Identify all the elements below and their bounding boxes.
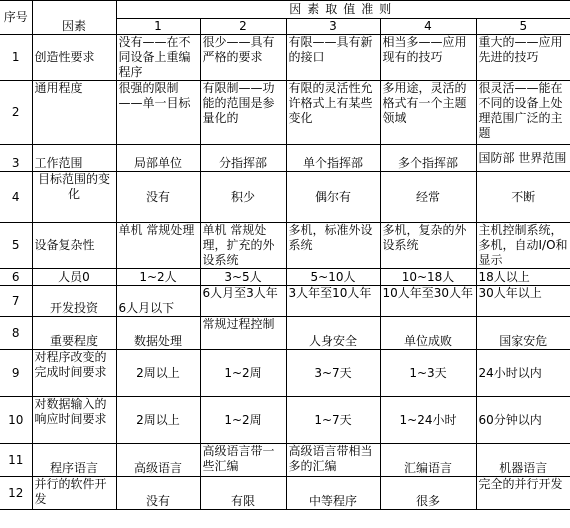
cell-level-5: 国家安危 — [476, 317, 570, 350]
cell-level-5: 不断 — [476, 172, 570, 223]
row-index: 12 — [0, 477, 32, 510]
header-level-2: 2 — [200, 19, 286, 35]
cell-level-2: 1~2周 — [200, 397, 286, 444]
table-row: 3 工作范围 局部单位 分指挥部 单个指挥部 多个指挥部 国防部 世界范围 — [0, 145, 570, 172]
cell-level-4: 单位成败 — [380, 317, 476, 350]
row-factor: 目标范围的变化 — [32, 172, 116, 223]
cell-level-5: 30人年以上 — [476, 286, 570, 317]
cell-level-4: 经常 — [380, 172, 476, 223]
cell-level-1: 局部单位 — [116, 145, 200, 172]
cell-level-3: 有限的灵活性允许格式上有某些变化 — [286, 81, 380, 145]
row-factor: 对数据输入的响应时间要求 — [32, 397, 116, 444]
row-factor: 并行的软件开发 — [32, 477, 116, 510]
table-row: 5 设备复杂性 单机 常规处理 单机 常规处理，扩充的外设系统 多机，标准外设系… — [0, 223, 570, 269]
row-factor: 通用程度 — [32, 81, 116, 145]
table-row: 8 重要程度 数据处理 常规过程控制 人身安全 单位成败 国家安危 — [0, 317, 570, 350]
header-criteria-group: 因素取值准则 — [116, 1, 570, 19]
cell-level-4: 多个指挥部 — [380, 145, 476, 172]
cell-level-2: 1~2周 — [200, 350, 286, 397]
table-row: 4 目标范围的变化 没有 积少 偶尔有 经常 不断 — [0, 172, 570, 223]
table-row: 6 人员0 1~2人 3~5人 5~10人 10~18人 18人以上 — [0, 269, 570, 286]
cell-level-3: 单个指挥部 — [286, 145, 380, 172]
cell-level-2: 分指挥部 — [200, 145, 286, 172]
row-index: 1 — [0, 35, 32, 81]
row-factor: 对程序改变的完成时间要求 — [32, 350, 116, 397]
cell-level-1: 高级语言 — [116, 444, 200, 477]
cell-level-4: 很多 — [380, 477, 476, 510]
cell-level-4: 1~3天 — [380, 350, 476, 397]
table-row: 12 并行的软件开发 没有 有限 中等程序 很多 完全的并行开发 — [0, 477, 570, 510]
cell-level-2: 高级语言带一些汇编 — [200, 444, 286, 477]
row-index: 2 — [0, 81, 32, 145]
cell-level-5: 完全的并行开发 — [476, 477, 570, 510]
table-row: 7 开发投资 6人月以下 6人月至3人年 3人年至10人年 10人年至30人年 … — [0, 286, 570, 317]
cell-level-4: 多用途，灵活的格式有一个主题领域 — [380, 81, 476, 145]
cell-level-1: 2周以上 — [116, 397, 200, 444]
row-index: 10 — [0, 397, 32, 444]
cell-level-5: 很灵活——能在不同的设备上处理范围广泛的主题 — [476, 81, 570, 145]
row-index: 6 — [0, 269, 32, 286]
cell-level-4: 多机，复杂的外设系统 — [380, 223, 476, 269]
row-index: 4 — [0, 172, 32, 223]
table-row: 1 创造性要求 没有——在不同设备上重编程序 很少——具有严格的要求 有限——具… — [0, 35, 570, 81]
cell-level-1: 数据处理 — [116, 317, 200, 350]
cell-level-5: 18人以上 — [476, 269, 570, 286]
cell-level-2: 有限 — [200, 477, 286, 510]
table-row: 2 通用程度 很强的限制——单一目标 有限制——功能的范围是参量化的 有限的灵活… — [0, 81, 570, 145]
cell-level-4: 汇编语言 — [380, 444, 476, 477]
cell-level-5: 24小时以内 — [476, 350, 570, 397]
cell-level-3: 中等程序 — [286, 477, 380, 510]
cell-level-4: 10人年至30人年 — [380, 286, 476, 317]
header-level-4: 4 — [380, 19, 476, 35]
row-factor: 设备复杂性 — [32, 223, 116, 269]
table-row: 10 对数据输入的响应时间要求 2周以上 1~2周 1~7天 1~24小时 60… — [0, 397, 570, 444]
cell-level-3: 偶尔有 — [286, 172, 380, 223]
cell-level-1: 很强的限制——单一目标 — [116, 81, 200, 145]
cell-level-5: 国防部 世界范围 — [476, 145, 570, 172]
row-index: 9 — [0, 350, 32, 397]
cell-level-2: 常规过程控制 — [200, 317, 286, 350]
cell-level-2: 3~5人 — [200, 269, 286, 286]
cell-level-2: 单机 常规处理，扩充的外设系统 — [200, 223, 286, 269]
cell-level-3: 3人年至10人年 — [286, 286, 380, 317]
row-index: 7 — [0, 286, 32, 317]
row-factor: 开发投资 — [32, 286, 116, 317]
header-level-3: 3 — [286, 19, 380, 35]
cell-level-4: 相当多——应用现有的技巧 — [380, 35, 476, 81]
cell-level-2: 很少——具有严格的要求 — [200, 35, 286, 81]
cell-level-5: 重大的——应用先进的技巧 — [476, 35, 570, 81]
cell-level-3: 高级语言带相当多的汇编 — [286, 444, 380, 477]
cell-level-3: 人身安全 — [286, 317, 380, 350]
header-level-5: 5 — [476, 19, 570, 35]
factor-criteria-table: 序号 因素 因素取值准则 1 2 3 4 5 1 创造性要求 没有——在不同设备… — [0, 0, 570, 510]
row-factor: 工作范围 — [32, 145, 116, 172]
row-index: 8 — [0, 317, 32, 350]
cell-level-3: 3~7天 — [286, 350, 380, 397]
cell-level-3: 1~7天 — [286, 397, 380, 444]
cell-level-4: 1~24小时 — [380, 397, 476, 444]
cell-level-5: 机器语言 — [476, 444, 570, 477]
row-factor: 程序语言 — [32, 444, 116, 477]
cell-level-5: 60分钟以内 — [476, 397, 570, 444]
cell-level-3: 多机，标准外设系统 — [286, 223, 380, 269]
header-level-1: 1 — [116, 19, 200, 35]
row-index: 11 — [0, 444, 32, 477]
row-factor: 重要程度 — [32, 317, 116, 350]
cell-level-1: 1~2人 — [116, 269, 200, 286]
row-factor: 创造性要求 — [32, 35, 116, 81]
cell-level-5: 主机控制系统，多机，自动I/O和显示 — [476, 223, 570, 269]
header-index: 序号 — [0, 1, 32, 35]
cell-level-1: 6人月以下 — [116, 286, 200, 317]
row-index: 5 — [0, 223, 32, 269]
row-index: 3 — [0, 145, 32, 172]
cell-level-2: 有限制——功能的范围是参量化的 — [200, 81, 286, 145]
cell-level-2: 6人月至3人年 — [200, 286, 286, 317]
table-row: 11 程序语言 高级语言 高级语言带一些汇编 高级语言带相当多的汇编 汇编语言 … — [0, 444, 570, 477]
header-row-1: 序号 因素 因素取值准则 — [0, 1, 570, 19]
cell-level-2: 积少 — [200, 172, 286, 223]
cell-level-1: 单机 常规处理 — [116, 223, 200, 269]
table-row: 9 对程序改变的完成时间要求 2周以上 1~2周 3~7天 1~3天 24小时以… — [0, 350, 570, 397]
cell-level-1: 没有 — [116, 172, 200, 223]
cell-level-1: 2周以上 — [116, 350, 200, 397]
cell-level-3: 有限——具有新的接口 — [286, 35, 380, 81]
cell-level-1: 没有——在不同设备上重编程序 — [116, 35, 200, 81]
row-factor: 人员0 — [32, 269, 116, 286]
cell-level-1: 没有 — [116, 477, 200, 510]
header-factor: 因素 — [32, 1, 116, 35]
cell-level-4: 10~18人 — [380, 269, 476, 286]
cell-level-3: 5~10人 — [286, 269, 380, 286]
